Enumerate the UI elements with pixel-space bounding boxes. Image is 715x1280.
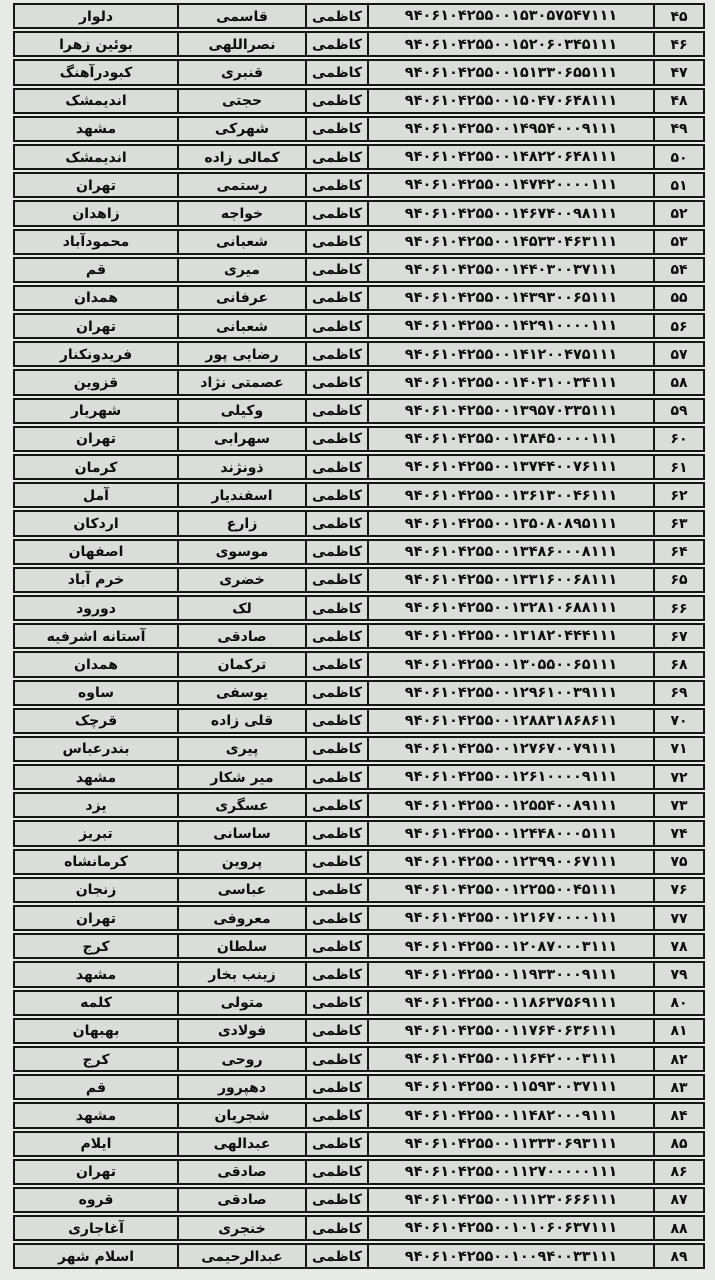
city-cell: زاهدان: [15, 202, 177, 224]
code-number-cell: ۹۴۰۶۱۰۴۲۵۵۰۰۱۲۱۶۷۰۰۰۰۱۱۱: [367, 907, 653, 929]
city-cell: کبودرآهنگ: [15, 61, 177, 83]
surname-cell: وکیلی: [177, 400, 305, 422]
code-number-cell: ۹۴۰۶۱۰۴۲۵۵۰۰۱۱۵۹۳۰۰۳۷۱۱۱: [367, 1076, 653, 1098]
row-number-cell: ۶۳: [653, 512, 703, 534]
city-cell: کرج: [15, 935, 177, 957]
row-number-cell: ۶۷: [653, 625, 703, 647]
table-row: ۶۷۹۴۰۶۱۰۴۲۵۵۰۰۱۳۱۸۲۰۴۴۴۱۱۱کاظمیصادقیآستا…: [13, 623, 705, 649]
first-name-cell: کاظمی: [305, 400, 367, 422]
surname-cell: سلطان: [177, 935, 305, 957]
first-name-cell: کاظمی: [305, 963, 367, 985]
code-number-cell: ۹۴۰۶۱۰۴۲۵۵۰۰۱۰۱۰۶۰۶۳۷۱۱۱: [367, 1217, 653, 1239]
table-row: ۷۰۹۴۰۶۱۰۴۲۵۵۰۰۱۲۸۸۳۱۸۶۸۶۱۱کاظمیقلی زادهق…: [13, 708, 705, 734]
city-cell: تهران: [15, 907, 177, 929]
row-number-cell: ۷۵: [653, 851, 703, 873]
row-number-cell: ۵۰: [653, 146, 703, 168]
table-row: ۷۵۹۴۰۶۱۰۴۲۵۵۰۰۱۲۳۹۹۰۰۶۷۱۱۱کاظمیپروینکرما…: [13, 849, 705, 875]
table-row: ۷۴۹۴۰۶۱۰۴۲۵۵۰۰۱۲۴۴۸۰۰۰۵۱۱۱کاظمیساسانیتبر…: [13, 820, 705, 846]
surname-cell: میری: [177, 259, 305, 281]
code-number-cell: ۹۴۰۶۱۰۴۲۵۵۰۰۱۲۸۸۳۱۸۶۸۶۱۱: [367, 710, 653, 732]
city-cell: بندرعباس: [15, 738, 177, 760]
row-number-cell: ۶۱: [653, 456, 703, 478]
table-row: ۸۰۹۴۰۶۱۰۴۲۵۵۰۰۱۱۸۶۳۷۵۶۹۱۱۱کاظمیمتولیکلمه: [13, 990, 705, 1016]
table-row: ۶۴۹۴۰۶۱۰۴۲۵۵۰۰۱۳۴۸۶۰۰۰۸۱۱۱کاظمیموسویاصفه…: [13, 539, 705, 565]
city-cell: مشهد: [15, 766, 177, 788]
code-number-cell: ۹۴۰۶۱۰۴۲۵۵۰۰۱۳۰۵۵۰۰۶۵۱۱۱: [367, 653, 653, 675]
surname-cell: عباسی: [177, 879, 305, 901]
code-number-cell: ۹۴۰۶۱۰۴۲۵۵۰۰۱۵۱۳۳۰۶۵۵۱۱۱: [367, 61, 653, 83]
code-number-cell: ۹۴۰۶۱۰۴۲۵۵۰۰۱۱۷۶۴۰۶۳۶۱۱۱: [367, 1020, 653, 1042]
first-name-cell: کاظمی: [305, 710, 367, 732]
row-number-cell: ۴۹: [653, 118, 703, 140]
table-row: ۴۷۹۴۰۶۱۰۴۲۵۵۰۰۱۵۱۳۳۰۶۵۵۱۱۱کاظمیقنبریکبود…: [13, 59, 705, 85]
surname-cell: موسوی: [177, 541, 305, 563]
code-number-cell: ۹۴۰۶۱۰۴۲۵۵۰۰۱۱۳۳۳۰۶۹۳۱۱۱: [367, 1133, 653, 1155]
row-number-cell: ۵۶: [653, 315, 703, 337]
city-cell: قروه: [15, 1189, 177, 1211]
code-number-cell: ۹۴۰۶۱۰۴۲۵۵۰۰۱۵۳۰۵۷۵۴۷۱۱۱: [367, 5, 653, 27]
table-row: ۵۴۹۴۰۶۱۰۴۲۵۵۰۰۱۴۴۰۳۰۰۳۷۱۱۱کاظمیمیریقم: [13, 257, 705, 283]
table-row: ۸۲۹۴۰۶۱۰۴۲۵۵۰۰۱۱۶۴۲۰۰۰۳۱۱۱کاظمیروحیکرج: [13, 1046, 705, 1072]
surname-cell: قاسمی: [177, 5, 305, 27]
code-number-cell: ۹۴۰۶۱۰۴۲۵۵۰۰۱۱۱۲۳۰۶۶۶۱۱۱: [367, 1189, 653, 1211]
surname-cell: شعبانی: [177, 315, 305, 337]
first-name-cell: کاظمی: [305, 202, 367, 224]
city-cell: تهران: [15, 174, 177, 196]
city-cell: اردکان: [15, 512, 177, 534]
code-number-cell: ۹۴۰۶۱۰۴۲۵۵۰۰۱۴۷۴۲۰۰۰۰۱۱۱: [367, 174, 653, 196]
table-row: ۷۲۹۴۰۶۱۰۴۲۵۵۰۰۱۲۶۱۰۰۰۰۹۱۱۱کاظمیمیر شکارم…: [13, 764, 705, 790]
table-row: ۵۳۹۴۰۶۱۰۴۲۵۵۰۰۱۴۵۳۳۰۴۶۳۱۱۱کاظمیشعبانیمحم…: [13, 229, 705, 255]
row-number-cell: ۸۲: [653, 1048, 703, 1070]
first-name-cell: کاظمی: [305, 766, 367, 788]
first-name-cell: کاظمی: [305, 315, 367, 337]
table-row: ۵۶۹۴۰۶۱۰۴۲۵۵۰۰۱۴۲۹۱۰۰۰۰۱۱۱کاظمیشعبانیتهر…: [13, 313, 705, 339]
city-cell: قم: [15, 259, 177, 281]
table-row: ۷۳۹۴۰۶۱۰۴۲۵۵۰۰۱۲۵۵۴۰۰۸۹۱۱۱کاظمیعسگرییزد: [13, 792, 705, 818]
row-number-cell: ۴۷: [653, 61, 703, 83]
row-number-cell: ۴۵: [653, 5, 703, 27]
first-name-cell: کاظمی: [305, 343, 367, 365]
table-row: ۶۸۹۴۰۶۱۰۴۲۵۵۰۰۱۳۰۵۵۰۰۶۵۱۱۱کاظمیترکمانهمد…: [13, 651, 705, 677]
surname-cell: حجتی: [177, 90, 305, 112]
surname-cell: صادقی: [177, 1161, 305, 1183]
first-name-cell: کاظمی: [305, 1245, 367, 1267]
surname-cell: عرفانی: [177, 287, 305, 309]
row-number-cell: ۸۴: [653, 1104, 703, 1126]
surname-cell: شهرکی: [177, 118, 305, 140]
first-name-cell: کاظمی: [305, 371, 367, 393]
table-row: ۵۸۹۴۰۶۱۰۴۲۵۵۰۰۱۴۰۳۱۰۰۳۴۱۱۱کاظمیعصمتی نژا…: [13, 369, 705, 395]
surname-cell: دهپرور: [177, 1076, 305, 1098]
code-number-cell: ۹۴۰۶۱۰۴۲۵۵۰۰۱۰۰۹۴۰۰۳۳۱۱۱: [367, 1245, 653, 1267]
row-number-cell: ۶۴: [653, 541, 703, 563]
first-name-cell: کاظمی: [305, 907, 367, 929]
first-name-cell: کاظمی: [305, 1048, 367, 1070]
code-number-cell: ۹۴۰۶۱۰۴۲۵۵۰۰۱۳۷۴۴۰۰۷۶۱۱۱: [367, 456, 653, 478]
surname-cell: عسگری: [177, 794, 305, 816]
row-number-cell: ۷۴: [653, 822, 703, 844]
first-name-cell: کاظمی: [305, 174, 367, 196]
first-name-cell: کاظمی: [305, 1189, 367, 1211]
first-name-cell: کاظمی: [305, 456, 367, 478]
row-number-cell: ۸۳: [653, 1076, 703, 1098]
surname-cell: پیری: [177, 738, 305, 760]
code-number-cell: ۹۴۰۶۱۰۴۲۵۵۰۰۱۴۴۰۳۰۰۳۷۱۱۱: [367, 259, 653, 281]
city-cell: تهران: [15, 428, 177, 450]
code-number-cell: ۹۴۰۶۱۰۴۲۵۵۰۰۱۲۴۴۸۰۰۰۵۱۱۱: [367, 822, 653, 844]
city-cell: همدان: [15, 287, 177, 309]
row-number-cell: ۸۹: [653, 1245, 703, 1267]
first-name-cell: کاظمی: [305, 541, 367, 563]
first-name-cell: کاظمی: [305, 569, 367, 591]
city-cell: کرمان: [15, 456, 177, 478]
first-name-cell: کاظمی: [305, 822, 367, 844]
row-number-cell: ۸۱: [653, 1020, 703, 1042]
table-row: ۷۷۹۴۰۶۱۰۴۲۵۵۰۰۱۲۱۶۷۰۰۰۰۱۱۱کاظمیمعروفیتهر…: [13, 905, 705, 931]
row-number-cell: ۵۴: [653, 259, 703, 281]
row-number-cell: ۸۵: [653, 1133, 703, 1155]
surname-cell: صادقی: [177, 1189, 305, 1211]
code-number-cell: ۹۴۰۶۱۰۴۲۵۵۰۰۱۲۹۶۱۰۰۳۹۱۱۱: [367, 682, 653, 704]
table-row: ۶۹۹۴۰۶۱۰۴۲۵۵۰۰۱۲۹۶۱۰۰۳۹۱۱۱کاظمییوسفیساوه: [13, 680, 705, 706]
table-row: ۵۹۹۴۰۶۱۰۴۲۵۵۰۰۱۳۹۵۷۰۳۳۵۱۱۱کاظمیوکیلیشهری…: [13, 398, 705, 424]
city-cell: آستانه اشرفیه: [15, 625, 177, 647]
row-number-cell: ۷۷: [653, 907, 703, 929]
table-row: ۴۵۹۴۰۶۱۰۴۲۵۵۰۰۱۵۳۰۵۷۵۴۷۱۱۱کاظمیقاسمیدلوا…: [13, 3, 705, 29]
row-number-cell: ۷۸: [653, 935, 703, 957]
first-name-cell: کاظمی: [305, 625, 367, 647]
surname-cell: قنبری: [177, 61, 305, 83]
city-cell: اسلام شهر: [15, 1245, 177, 1267]
city-cell: یزد: [15, 794, 177, 816]
table-row: ۴۹۹۴۰۶۱۰۴۲۵۵۰۰۱۴۹۵۴۰۰۰۹۱۱۱کاظمیشهرکیمشهد: [13, 116, 705, 142]
city-cell: ایلام: [15, 1133, 177, 1155]
code-number-cell: ۹۴۰۶۱۰۴۲۵۵۰۰۱۲۶۱۰۰۰۰۹۱۱۱: [367, 766, 653, 788]
code-number-cell: ۹۴۰۶۱۰۴۲۵۵۰۰۱۳۴۸۶۰۰۰۸۱۱۱: [367, 541, 653, 563]
surname-cell: اسفندیار: [177, 484, 305, 506]
table-row: ۸۱۹۴۰۶۱۰۴۲۵۵۰۰۱۱۷۶۴۰۶۳۶۱۱۱کاظمیفولادیبهب…: [13, 1018, 705, 1044]
surname-cell: رضایی پور: [177, 343, 305, 365]
code-number-cell: ۹۴۰۶۱۰۴۲۵۵۰۰۱۴۰۳۱۰۰۳۴۱۱۱: [367, 371, 653, 393]
city-cell: محمودآباد: [15, 231, 177, 253]
row-number-cell: ۷۱: [653, 738, 703, 760]
row-number-cell: ۶۵: [653, 569, 703, 591]
row-number-cell: ۶۹: [653, 682, 703, 704]
table-row: ۸۶۹۴۰۶۱۰۴۲۵۵۰۰۱۱۲۷۰۰۰۰۰۱۱۱کاظمیصادقیتهرا…: [13, 1159, 705, 1185]
surname-cell: خضری: [177, 569, 305, 591]
row-number-cell: ۸۸: [653, 1217, 703, 1239]
row-number-cell: ۸۰: [653, 992, 703, 1014]
table-row: ۸۹۹۴۰۶۱۰۴۲۵۵۰۰۱۰۰۹۴۰۰۳۳۱۱۱کاظمیعبدالرحیم…: [13, 1243, 705, 1269]
code-number-cell: ۹۴۰۶۱۰۴۲۵۵۰۰۱۳۹۵۷۰۳۳۵۱۱۱: [367, 400, 653, 422]
surname-cell: عصمتی نژاد: [177, 371, 305, 393]
row-number-cell: ۵۸: [653, 371, 703, 393]
row-number-cell: ۸۷: [653, 1189, 703, 1211]
row-number-cell: ۵۲: [653, 202, 703, 224]
city-cell: تهران: [15, 1161, 177, 1183]
code-number-cell: ۹۴۰۶۱۰۴۲۵۵۰۰۱۱۸۶۳۷۵۶۹۱۱۱: [367, 992, 653, 1014]
code-number-cell: ۹۴۰۶۱۰۴۲۵۵۰۰۱۱۹۳۳۰۰۰۹۱۱۱: [367, 963, 653, 985]
table-row: ۷۹۹۴۰۶۱۰۴۲۵۵۰۰۱۱۹۳۳۰۰۰۹۱۱۱کاظمیزینب بخار…: [13, 961, 705, 987]
table-row: ۵۰۹۴۰۶۱۰۴۲۵۵۰۰۱۴۸۲۲۰۶۴۸۱۱۱کاظمیکمالی زاد…: [13, 144, 705, 170]
table-row: ۶۳۹۴۰۶۱۰۴۲۵۵۰۰۱۳۵۰۸۰۸۹۵۱۱۱کاظمیزارعاردکا…: [13, 510, 705, 536]
city-cell: فریدونکنار: [15, 343, 177, 365]
city-cell: خرم آباد: [15, 569, 177, 591]
surname-cell: عبدالرحیمی: [177, 1245, 305, 1267]
surname-cell: ذونژند: [177, 456, 305, 478]
row-number-cell: ۵۷: [653, 343, 703, 365]
surname-cell: زینب بخار: [177, 963, 305, 985]
first-name-cell: کاظمی: [305, 597, 367, 619]
first-name-cell: کاظمی: [305, 738, 367, 760]
first-name-cell: کاظمی: [305, 1104, 367, 1126]
row-number-cell: ۴۶: [653, 33, 703, 55]
table-row: ۸۸۹۴۰۶۱۰۴۲۵۵۰۰۱۰۱۰۶۰۶۳۷۱۱۱کاظمیخنجریآغاج…: [13, 1215, 705, 1241]
row-number-cell: ۸۶: [653, 1161, 703, 1183]
surname-cell: رستمی: [177, 174, 305, 196]
first-name-cell: کاظمی: [305, 231, 367, 253]
surname-cell: لک: [177, 597, 305, 619]
code-number-cell: ۹۴۰۶۱۰۴۲۵۵۰۰۱۴۶۷۴۰۰۹۸۱۱۱: [367, 202, 653, 224]
row-number-cell: ۵۹: [653, 400, 703, 422]
code-number-cell: ۹۴۰۶۱۰۴۲۵۵۰۰۱۳۳۱۶۰۰۶۸۱۱۱: [367, 569, 653, 591]
row-number-cell: ۷۶: [653, 879, 703, 901]
row-number-cell: ۶۸: [653, 653, 703, 675]
code-number-cell: ۹۴۰۶۱۰۴۲۵۵۰۰۱۴۵۳۳۰۴۶۳۱۱۱: [367, 231, 653, 253]
code-number-cell: ۹۴۰۶۱۰۴۲۵۵۰۰۱۲۳۹۹۰۰۶۷۱۱۱: [367, 851, 653, 873]
city-cell: مشهد: [15, 963, 177, 985]
table-row: ۵۱۹۴۰۶۱۰۴۲۵۵۰۰۱۴۷۴۲۰۰۰۰۱۱۱کاظمیرستمیتهرا…: [13, 172, 705, 198]
records-table: ۴۵۹۴۰۶۱۰۴۲۵۵۰۰۱۵۳۰۵۷۵۴۷۱۱۱کاظمیقاسمیدلوا…: [13, 3, 705, 1269]
city-cell: دورود: [15, 597, 177, 619]
city-cell: شهریار: [15, 400, 177, 422]
code-number-cell: ۹۴۰۶۱۰۴۲۵۵۰۰۱۳۲۸۱۰۶۸۸۱۱۱: [367, 597, 653, 619]
city-cell: اندیمشک: [15, 146, 177, 168]
first-name-cell: کاظمی: [305, 1217, 367, 1239]
surname-cell: شعبانی: [177, 231, 305, 253]
first-name-cell: کاظمی: [305, 428, 367, 450]
city-cell: مشهد: [15, 1104, 177, 1126]
surname-cell: کمالی زاده: [177, 146, 305, 168]
code-number-cell: ۹۴۰۶۱۰۴۲۵۵۰۰۱۳۶۱۳۰۰۴۶۱۱۱: [367, 484, 653, 506]
scanned-document-page: ۴۵۹۴۰۶۱۰۴۲۵۵۰۰۱۵۳۰۵۷۵۴۷۱۱۱کاظمیقاسمیدلوا…: [0, 0, 715, 1280]
row-number-cell: ۵۱: [653, 174, 703, 196]
surname-cell: متولی: [177, 992, 305, 1014]
city-cell: همدان: [15, 653, 177, 675]
first-name-cell: کاظمی: [305, 682, 367, 704]
surname-cell: معروفی: [177, 907, 305, 929]
table-row: ۶۶۹۴۰۶۱۰۴۲۵۵۰۰۱۳۲۸۱۰۶۸۸۱۱۱کاظمیلکدورود: [13, 595, 705, 621]
city-cell: قم: [15, 1076, 177, 1098]
code-number-cell: ۹۴۰۶۱۰۴۲۵۵۰۰۱۴۳۹۳۰۰۶۵۱۱۱: [367, 287, 653, 309]
surname-cell: نصراللهی: [177, 33, 305, 55]
surname-cell: سهرابی: [177, 428, 305, 450]
city-cell: تبریز: [15, 822, 177, 844]
code-number-cell: ۹۴۰۶۱۰۴۲۵۵۰۰۱۱۶۴۲۰۰۰۳۱۱۱: [367, 1048, 653, 1070]
city-cell: زنجان: [15, 879, 177, 901]
surname-cell: ترکمان: [177, 653, 305, 675]
city-cell: آغاجاری: [15, 1217, 177, 1239]
first-name-cell: کاظمی: [305, 259, 367, 281]
city-cell: مشهد: [15, 118, 177, 140]
city-cell: بهبهان: [15, 1020, 177, 1042]
first-name-cell: کاظمی: [305, 1020, 367, 1042]
row-number-cell: ۵۳: [653, 231, 703, 253]
city-cell: کلمه: [15, 992, 177, 1014]
table-row: ۷۱۹۴۰۶۱۰۴۲۵۵۰۰۱۲۷۶۷۰۰۷۹۱۱۱کاظمیپیریبندرع…: [13, 736, 705, 762]
surname-cell: میر شکار: [177, 766, 305, 788]
code-number-cell: ۹۴۰۶۱۰۴۲۵۵۰۰۱۵۲۰۶۰۳۴۵۱۱۱: [367, 33, 653, 55]
city-cell: کرمانشاه: [15, 851, 177, 873]
table-row: ۵۷۹۴۰۶۱۰۴۲۵۵۰۰۱۴۱۲۰۰۴۷۵۱۱۱کاظمیرضایی پور…: [13, 341, 705, 367]
first-name-cell: کاظمی: [305, 33, 367, 55]
table-row: ۸۵۹۴۰۶۱۰۴۲۵۵۰۰۱۱۳۳۳۰۶۹۳۱۱۱کاظمیعبدالهیای…: [13, 1131, 705, 1157]
row-number-cell: ۷۹: [653, 963, 703, 985]
table-row: ۴۶۹۴۰۶۱۰۴۲۵۵۰۰۱۵۲۰۶۰۳۴۵۱۱۱کاظمینصراللهیب…: [13, 31, 705, 57]
code-number-cell: ۹۴۰۶۱۰۴۲۵۵۰۰۱۴۲۹۱۰۰۰۰۱۱۱: [367, 315, 653, 337]
code-number-cell: ۹۴۰۶۱۰۴۲۵۵۰۰۱۴۸۲۲۰۶۴۸۱۱۱: [367, 146, 653, 168]
row-number-cell: ۷۲: [653, 766, 703, 788]
code-number-cell: ۹۴۰۶۱۰۴۲۵۵۰۰۱۲۷۶۷۰۰۷۹۱۱۱: [367, 738, 653, 760]
row-number-cell: ۷۳: [653, 794, 703, 816]
surname-cell: قلی زاده: [177, 710, 305, 732]
table-row: ۵۵۹۴۰۶۱۰۴۲۵۵۰۰۱۴۳۹۳۰۰۶۵۱۱۱کاظمیعرفانیهمد…: [13, 285, 705, 311]
table-row: ۷۸۹۴۰۶۱۰۴۲۵۵۰۰۱۲۰۸۷۰۰۰۳۱۱۱کاظمیسلطانکرج: [13, 933, 705, 959]
city-cell: قزوین: [15, 371, 177, 393]
row-number-cell: ۶۶: [653, 597, 703, 619]
first-name-cell: کاظمی: [305, 935, 367, 957]
first-name-cell: کاظمی: [305, 61, 367, 83]
code-number-cell: ۹۴۰۶۱۰۴۲۵۵۰۰۱۲۲۵۵۰۰۴۵۱۱۱: [367, 879, 653, 901]
table-row: ۶۰۹۴۰۶۱۰۴۲۵۵۰۰۱۳۸۴۵۰۰۰۰۱۱۱کاظمیسهرابیتهر…: [13, 426, 705, 452]
first-name-cell: کاظمی: [305, 879, 367, 901]
code-number-cell: ۹۴۰۶۱۰۴۲۵۵۰۰۱۲۵۵۴۰۰۸۹۱۱۱: [367, 794, 653, 816]
table-row: ۸۷۹۴۰۶۱۰۴۲۵۵۰۰۱۱۱۲۳۰۶۶۶۱۱۱کاظمیصادقیقروه: [13, 1187, 705, 1213]
first-name-cell: کاظمی: [305, 851, 367, 873]
table-row: ۶۱۹۴۰۶۱۰۴۲۵۵۰۰۱۳۷۴۴۰۰۷۶۱۱۱کاظمیذونژندکرم…: [13, 454, 705, 480]
surname-cell: روحی: [177, 1048, 305, 1070]
first-name-cell: کاظمی: [305, 512, 367, 534]
surname-cell: یوسفی: [177, 682, 305, 704]
city-cell: ساوه: [15, 682, 177, 704]
surname-cell: خنجری: [177, 1217, 305, 1239]
row-number-cell: ۶۰: [653, 428, 703, 450]
first-name-cell: کاظمی: [305, 118, 367, 140]
surname-cell: ساسانی: [177, 822, 305, 844]
city-cell: آمل: [15, 484, 177, 506]
surname-cell: شجریان: [177, 1104, 305, 1126]
first-name-cell: کاظمی: [305, 653, 367, 675]
code-number-cell: ۹۴۰۶۱۰۴۲۵۵۰۰۱۴۹۵۴۰۰۰۹۱۱۱: [367, 118, 653, 140]
city-cell: اصفهان: [15, 541, 177, 563]
city-cell: کرج: [15, 1048, 177, 1070]
first-name-cell: کاظمی: [305, 484, 367, 506]
first-name-cell: کاظمی: [305, 90, 367, 112]
surname-cell: صادقی: [177, 625, 305, 647]
code-number-cell: ۹۴۰۶۱۰۴۲۵۵۰۰۱۴۱۲۰۰۴۷۵۱۱۱: [367, 343, 653, 365]
city-cell: بوئین زهرا: [15, 33, 177, 55]
code-number-cell: ۹۴۰۶۱۰۴۲۵۵۰۰۱۳۱۸۲۰۴۴۴۱۱۱: [367, 625, 653, 647]
code-number-cell: ۹۴۰۶۱۰۴۲۵۵۰۰۱۲۰۸۷۰۰۰۳۱۱۱: [367, 935, 653, 957]
code-number-cell: ۹۴۰۶۱۰۴۲۵۵۰۰۱۳۸۴۵۰۰۰۰۱۱۱: [367, 428, 653, 450]
table-row: ۸۳۹۴۰۶۱۰۴۲۵۵۰۰۱۱۵۹۳۰۰۳۷۱۱۱کاظمیدهپرورقم: [13, 1074, 705, 1100]
code-number-cell: ۹۴۰۶۱۰۴۲۵۵۰۰۱۱۲۷۰۰۰۰۰۱۱۱: [367, 1161, 653, 1183]
table-row: ۷۶۹۴۰۶۱۰۴۲۵۵۰۰۱۲۲۵۵۰۰۴۵۱۱۱کاظمیعباسیزنجا…: [13, 877, 705, 903]
table-row: ۶۲۹۴۰۶۱۰۴۲۵۵۰۰۱۳۶۱۳۰۰۴۶۱۱۱کاظمیاسفندیارآ…: [13, 482, 705, 508]
table-row: ۴۸۹۴۰۶۱۰۴۲۵۵۰۰۱۵۰۴۷۰۶۴۸۱۱۱کاظمیحجتیاندیم…: [13, 88, 705, 114]
table-row: ۵۲۹۴۰۶۱۰۴۲۵۵۰۰۱۴۶۷۴۰۰۹۸۱۱۱کاظمیخواجهزاهد…: [13, 200, 705, 226]
surname-cell: زارع: [177, 512, 305, 534]
code-number-cell: ۹۴۰۶۱۰۴۲۵۵۰۰۱۱۴۸۲۰۰۰۹۱۱۱: [367, 1104, 653, 1126]
first-name-cell: کاظمی: [305, 992, 367, 1014]
code-number-cell: ۹۴۰۶۱۰۴۲۵۵۰۰۱۳۵۰۸۰۸۹۵۱۱۱: [367, 512, 653, 534]
city-cell: تهران: [15, 315, 177, 337]
city-cell: دلوار: [15, 5, 177, 27]
first-name-cell: کاظمی: [305, 794, 367, 816]
surname-cell: عبدالهی: [177, 1133, 305, 1155]
row-number-cell: ۶۲: [653, 484, 703, 506]
table-row: ۸۴۹۴۰۶۱۰۴۲۵۵۰۰۱۱۴۸۲۰۰۰۹۱۱۱کاظمیشجریانمشه…: [13, 1102, 705, 1128]
first-name-cell: کاظمی: [305, 287, 367, 309]
first-name-cell: کاظمی: [305, 1161, 367, 1183]
row-number-cell: ۷۰: [653, 710, 703, 732]
first-name-cell: کاظمی: [305, 1076, 367, 1098]
row-number-cell: ۴۸: [653, 90, 703, 112]
first-name-cell: کاظمی: [305, 146, 367, 168]
first-name-cell: کاظمی: [305, 1133, 367, 1155]
surname-cell: فولادی: [177, 1020, 305, 1042]
city-cell: قرچک: [15, 710, 177, 732]
first-name-cell: کاظمی: [305, 5, 367, 27]
city-cell: اندیمشک: [15, 90, 177, 112]
row-number-cell: ۵۵: [653, 287, 703, 309]
surname-cell: خواجه: [177, 202, 305, 224]
code-number-cell: ۹۴۰۶۱۰۴۲۵۵۰۰۱۵۰۴۷۰۶۴۸۱۱۱: [367, 90, 653, 112]
surname-cell: پروین: [177, 851, 305, 873]
table-row: ۶۵۹۴۰۶۱۰۴۲۵۵۰۰۱۳۳۱۶۰۰۶۸۱۱۱کاظمیخضریخرم آ…: [13, 567, 705, 593]
